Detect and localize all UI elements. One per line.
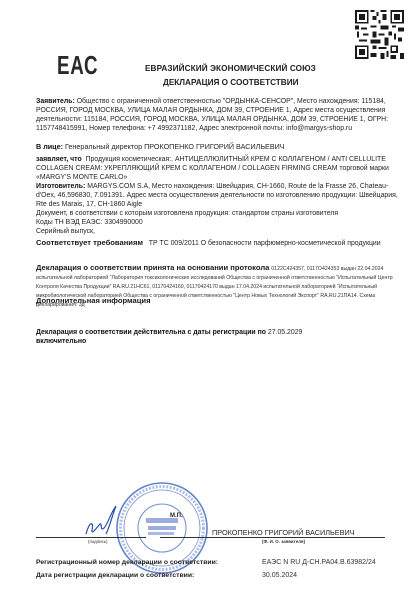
basis-label: Декларация о соответствии принята на осн… [36, 263, 269, 272]
serial-release: Серийный выпуск, [36, 227, 402, 236]
union-heading: ЕВРАЗИЙСКИЙ ЭКОНОМИЧЕСКИЙ СОЮЗ [145, 64, 316, 73]
validity-suffix: включительно [36, 338, 86, 345]
registration-number: ЕАЭС N RU Д-CH.РА04.В.63982/24 [262, 559, 376, 566]
name-caption: (Ф. И. О. заявителя) [262, 539, 305, 544]
hs-code: Коды ТН ВЭД ЕАЭС: 3304990000 [36, 218, 402, 227]
validity-date: 27.05.2029 [268, 329, 303, 336]
manufacturer-section: Изготовитель: MARGYS.COM S.A, Место нахо… [36, 182, 402, 209]
signature-caption: (подпись) [88, 539, 108, 544]
compliance-label: Соответствует требованиям [36, 238, 143, 247]
person-label: В лице: [36, 142, 63, 151]
qr-code-icon [355, 10, 404, 59]
person-section: В лице: Генеральный директор ПРОКОПЕНКО … [36, 142, 402, 151]
applicant-text: Общество с ограниченной ответственностью… [36, 98, 388, 132]
name-line [160, 537, 385, 538]
declares-text: Продукция косметическая:. АНТИЦЕЛЛЮЛИТНЫ… [36, 156, 389, 181]
eac-logo: ЕАС [57, 50, 98, 81]
registration-date-label: Дата регистрации декларации о соответств… [36, 572, 194, 579]
validity-label: Декларация о соответствии действительна … [36, 329, 266, 336]
compliance-text: ТР ТС 009/2011 О безопасности парфюмерно… [149, 240, 381, 247]
applicant-section: Заявитель: Общество с ограниченной ответ… [36, 97, 402, 133]
declares-section: заявляет, что Продукция косметическая:. … [36, 155, 402, 182]
validity-section: Декларация о соответствии действительна … [36, 328, 402, 346]
document-line: Документ, в соответствии с которым изгот… [36, 209, 402, 218]
applicant-label: Заявитель: [36, 98, 75, 105]
signature-line [36, 537, 146, 538]
compliance-section: Соответствует требованиям ТР ТС 009/2011… [36, 238, 402, 248]
document-title: ДЕКЛАРАЦИЯ О СООТВЕТСТВИИ [163, 78, 298, 87]
stamp-label: М.П. [170, 513, 183, 519]
person-text: Генеральный директор ПРОКОПЕНКО ГРИГОРИЙ… [65, 142, 285, 151]
registration-date: 30.05.2024 [262, 572, 297, 579]
declares-label: заявляет, что [36, 156, 82, 163]
signatory-name: ПРОКОПЕНКО ГРИГОРИЙ ВАСИЛЬЕВИЧ [212, 528, 355, 537]
additional-info-label: Дополнительная информация [36, 296, 402, 305]
manufacturer-label: Изготовитель: [36, 183, 85, 190]
manufacturer-text: MARGYS.COM S.A, Место нахождения: Швейца… [36, 183, 398, 208]
registration-number-label: Регистрационный номер декларации о соотв… [36, 559, 218, 566]
